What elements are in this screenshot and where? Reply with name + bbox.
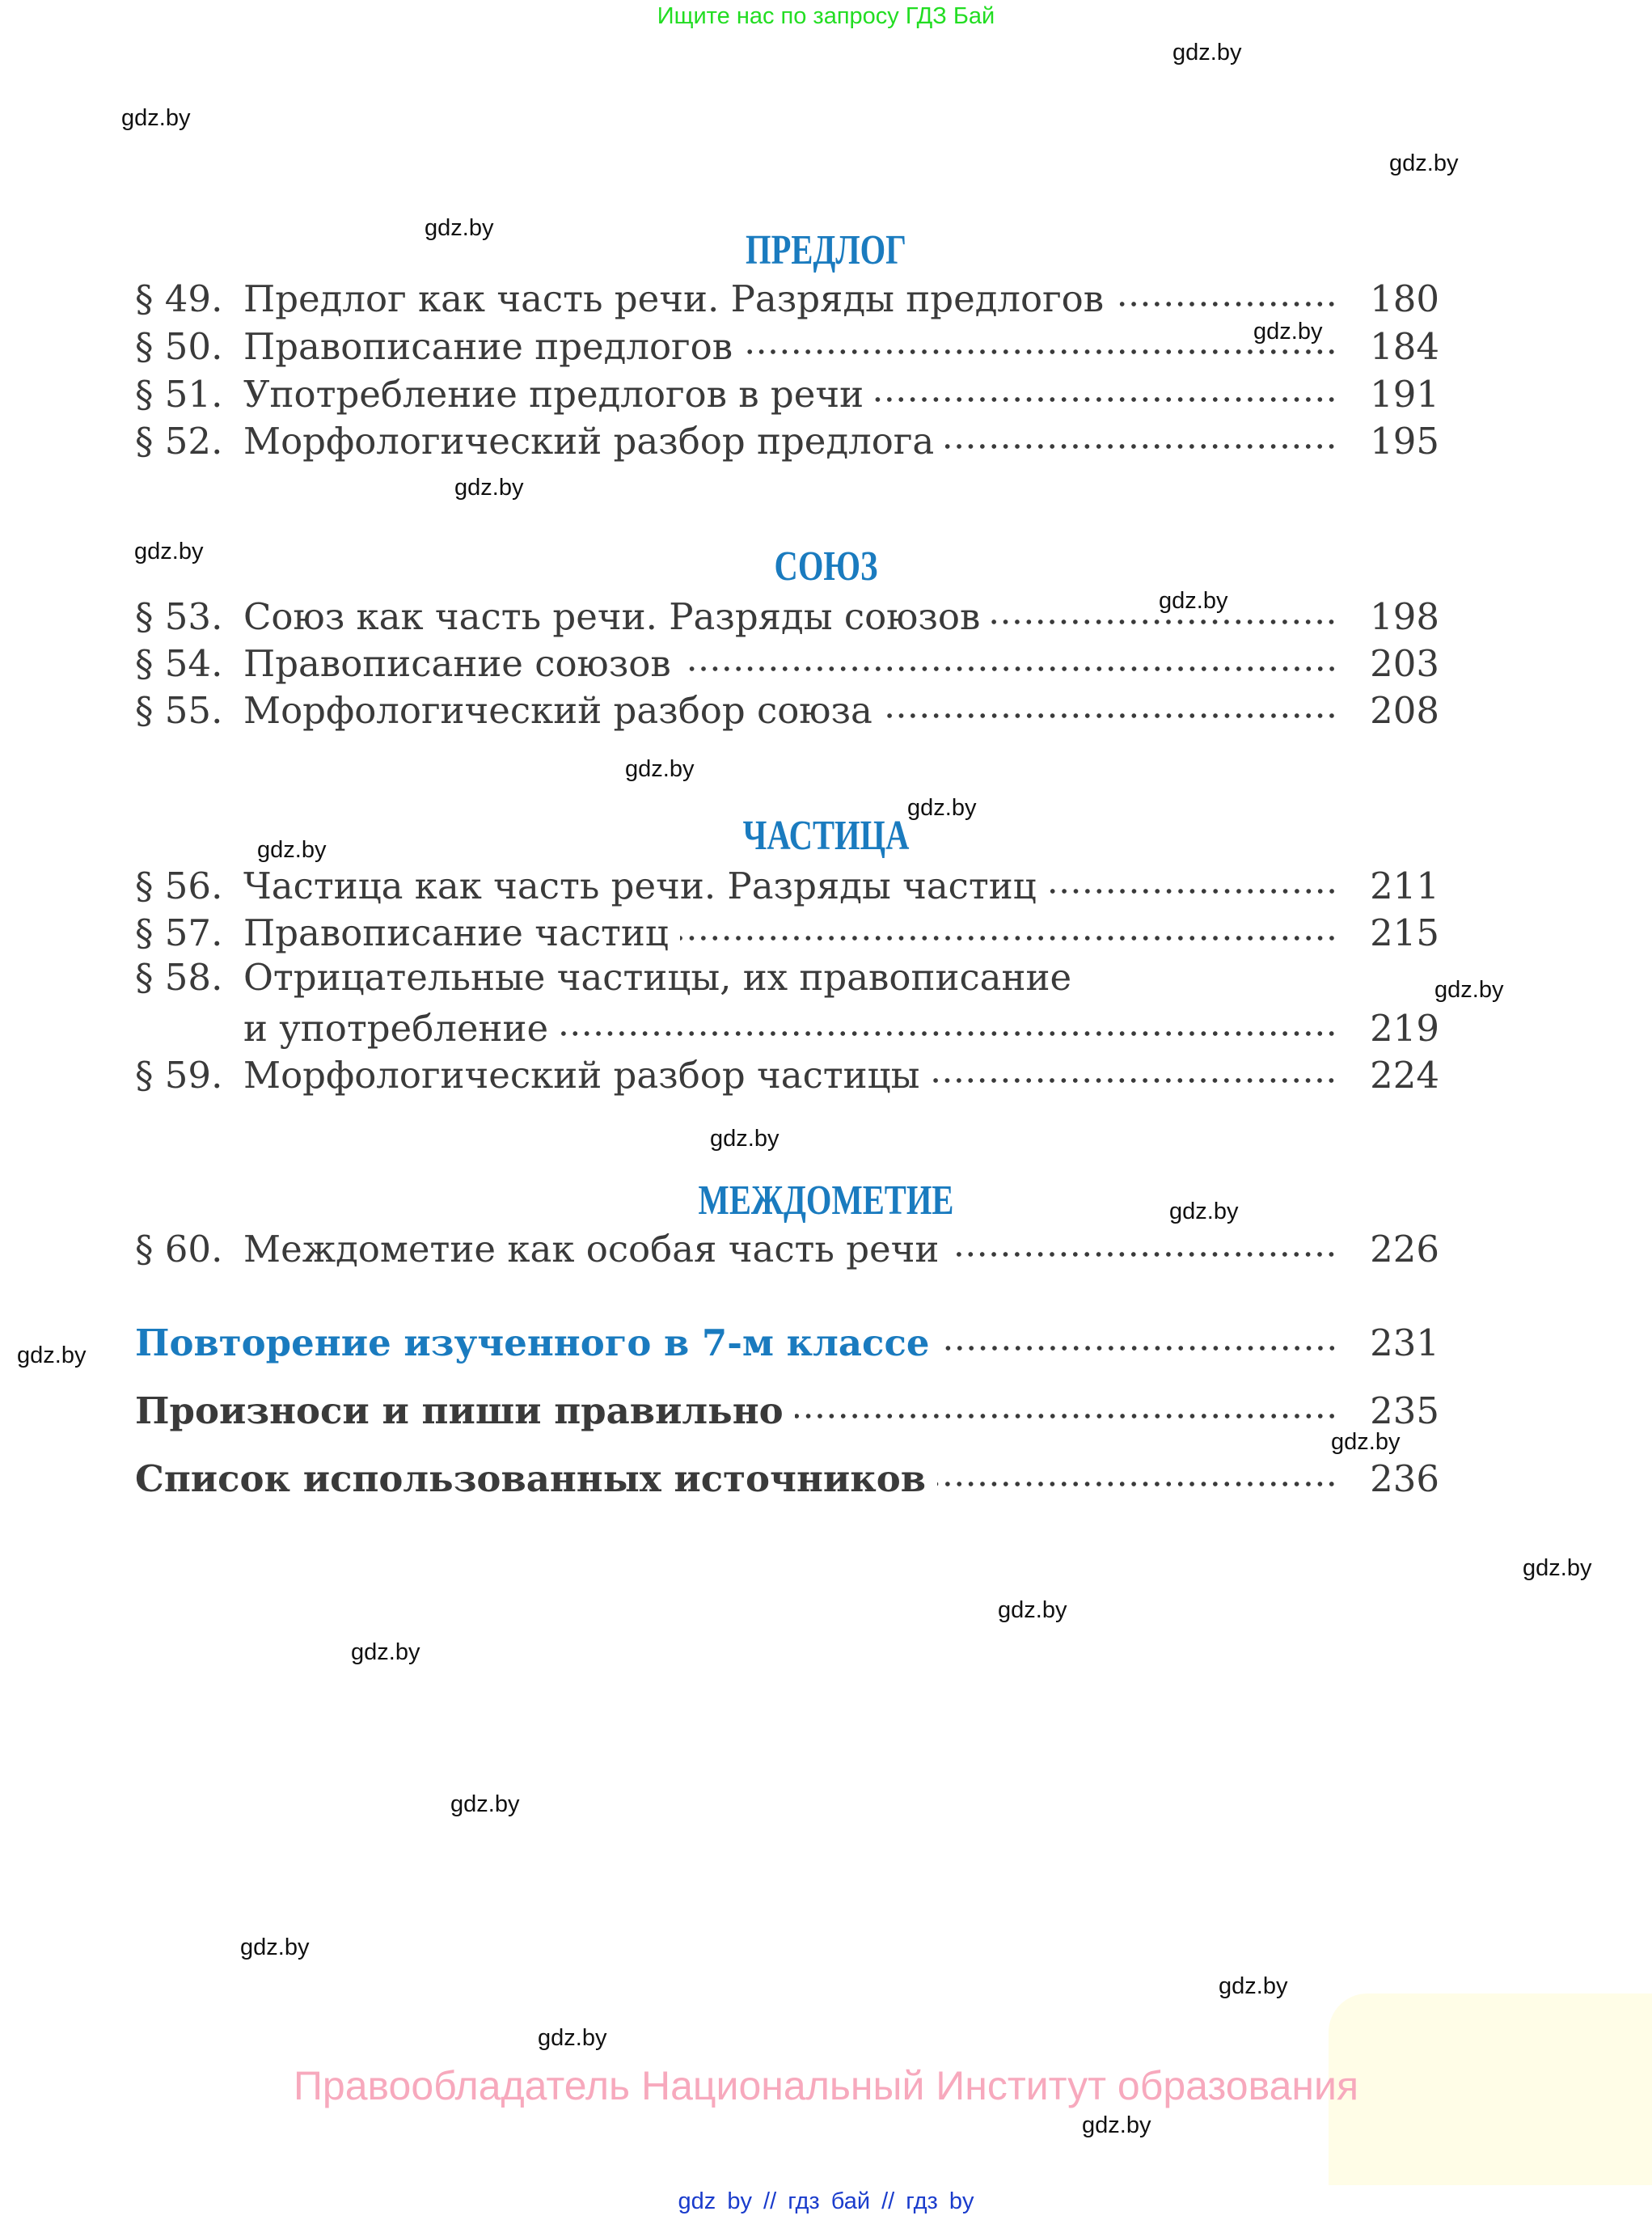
page-number: 208: [1354, 689, 1439, 732]
page-number: 184: [1354, 325, 1439, 368]
watermark: gdz.by: [998, 1597, 1067, 1624]
section-number: § 56.: [135, 865, 243, 907]
page-number: 211: [1354, 865, 1439, 907]
page-number: 180: [1354, 277, 1439, 320]
toc-entry[interactable]: § 56. Частица как часть речи. Разряды ча…: [135, 862, 1439, 909]
toc-entry-continuation[interactable]: и употребление 219: [135, 1004, 1439, 1051]
watermark: gdz.by: [1172, 40, 1241, 66]
dot-leader: [560, 1004, 1337, 1041]
watermark: gdz.by: [1253, 319, 1322, 345]
section-heading-conjunction: СОЮЗ: [182, 543, 1471, 590]
page-number: 231: [1354, 1321, 1439, 1364]
watermark: gdz.by: [351, 1639, 420, 1666]
watermark: gdz.by: [538, 2025, 606, 2052]
dot-leader: [950, 1225, 1337, 1262]
section-number: § 50.: [135, 325, 243, 368]
entry-title: Морфологический разбор частицы: [243, 1054, 931, 1097]
dot-leader: [931, 1051, 1337, 1088]
bottom-links: gdz by // гдз бай // гдз by: [0, 2188, 1652, 2215]
link-gdz-by[interactable]: gdz by: [678, 2188, 752, 2214]
entry-title: Морфологический разбор союза: [243, 689, 884, 732]
watermark: gdz.by: [907, 795, 976, 822]
page-number: 191: [1354, 373, 1439, 416]
entry-title: Произноси и пиши правильно: [135, 1389, 795, 1432]
page-number: 224: [1354, 1054, 1439, 1097]
rights-holder-notice: Правообладатель Национальный Институт об…: [0, 2062, 1652, 2109]
entry-title: Употребление предлогов в речи: [243, 373, 875, 416]
toc-entry[interactable]: § 59. Морфологический разбор частицы 224: [135, 1051, 1439, 1098]
page-number: 203: [1354, 642, 1439, 685]
watermark: gdz.by: [1389, 150, 1458, 177]
page-number: 198: [1354, 595, 1439, 638]
toc-entry[interactable]: § 51. Употребление предлогов в речи 191: [135, 370, 1439, 417]
toc-entry[interactable]: § 57. Правописание частиц 215: [135, 909, 1439, 956]
section-number: § 59.: [135, 1054, 243, 1097]
toc-entry-pronunciation[interactable]: Произноси и пиши правильно 235: [135, 1387, 1439, 1434]
toc-entry-review[interactable]: Повторение изученного в 7-м классе 231: [135, 1319, 1439, 1366]
toc-entry[interactable]: § 55. Морфологический разбор союза 208: [135, 687, 1439, 734]
entry-title: Частица как часть речи. Разряды частиц: [243, 865, 1048, 907]
link-separator: //: [881, 2188, 894, 2214]
dot-leader: [945, 417, 1337, 454]
entry-title: Междометие как особая часть речи: [243, 1228, 950, 1271]
toc-entry[interactable]: § 52. Морфологический разбор предлога 19…: [135, 417, 1439, 464]
entry-title: Отрицательные частицы, их правописание: [243, 956, 1083, 999]
watermark: gdz.by: [1523, 1555, 1591, 1582]
dot-leader: [941, 1319, 1338, 1355]
section-number: § 60.: [135, 1228, 243, 1271]
dot-leader: [884, 687, 1337, 723]
link-gdz-bai[interactable]: гдз бай: [788, 2188, 870, 2214]
section-number: § 49.: [135, 277, 243, 320]
watermark: gdz.by: [1169, 1199, 1238, 1225]
section-number: § 58.: [135, 956, 243, 999]
toc-entry[interactable]: § 53. Союз как часть речи. Разряды союзо…: [135, 593, 1439, 640]
watermark: gdz.by: [450, 1791, 519, 1818]
watermark: gdz.by: [121, 105, 190, 132]
section-heading-interjection: МЕЖДОМЕТИЕ: [182, 1177, 1471, 1224]
watermark: gdz.by: [454, 475, 523, 501]
link-separator: //: [763, 2188, 776, 2214]
section-number: § 55.: [135, 689, 243, 732]
watermark: gdz.by: [1082, 2112, 1151, 2139]
section-number: § 54.: [135, 642, 243, 685]
dot-leader: [1115, 275, 1337, 311]
entry-title: Повторение изученного в 7-м классе: [135, 1321, 941, 1364]
toc-entry[interactable]: § 54. Правописание союзов 203: [135, 640, 1439, 687]
dot-leader: [1048, 862, 1337, 898]
dot-leader: [875, 370, 1337, 407]
section-heading-particle: ЧАСТИЦА: [182, 812, 1471, 860]
page-number: 236: [1354, 1457, 1439, 1500]
watermark: gdz.by: [1159, 588, 1227, 615]
entry-title-continuation: и употребление: [135, 1007, 560, 1050]
watermark: gdz.by: [1219, 1973, 1287, 2000]
watermark: gdz.by: [240, 1934, 309, 1961]
toc-entry-multiline[interactable]: § 58. Отрицательные частицы, их правопис…: [135, 956, 1439, 1003]
entry-title: Список использованных источников: [135, 1457, 937, 1500]
search-hint-banner: Ищите нас по запросу ГДЗ Бай: [0, 3, 1652, 30]
page-number: 226: [1354, 1228, 1439, 1271]
entry-title: Предлог как часть речи. Разряды предлого…: [243, 277, 1115, 320]
link-gdz-by-cyr[interactable]: гдз by: [906, 2188, 974, 2214]
toc-entry-references[interactable]: Список использованных источников 236: [135, 1455, 1439, 1502]
section-number: § 51.: [135, 373, 243, 416]
page-number: 219: [1354, 1007, 1439, 1050]
section-number: § 57.: [135, 911, 243, 954]
entry-title: Правописание частиц: [243, 911, 680, 954]
toc-entry[interactable]: § 49. Предлог как часть речи. Разряды пр…: [135, 275, 1439, 322]
dot-leader: [795, 1387, 1337, 1423]
entry-title: Морфологический разбор предлога: [243, 420, 945, 463]
page-number: 215: [1354, 911, 1439, 954]
section-number: § 52.: [135, 420, 243, 463]
dot-leader: [682, 640, 1337, 676]
dot-leader: [680, 909, 1337, 945]
watermark: gdz.by: [257, 837, 326, 864]
entry-title: Правописание предлогов: [243, 325, 744, 368]
dot-leader: [937, 1455, 1337, 1491]
toc-entry[interactable]: § 50. Правописание предлогов 184: [135, 323, 1439, 370]
entry-title: Правописание союзов: [243, 642, 682, 685]
section-number: § 53.: [135, 595, 243, 638]
toc-entry[interactable]: § 60. Междометие как особая часть речи 2…: [135, 1225, 1439, 1272]
watermark: gdz.by: [425, 215, 493, 242]
watermark: gdz.by: [1434, 977, 1503, 1004]
section-heading-preposition: ПРЕДЛОГ: [182, 226, 1471, 274]
watermark: gdz.by: [134, 539, 203, 565]
watermark: gdz.by: [625, 756, 694, 783]
entry-title: Союз как часть речи. Разряды союзов: [243, 595, 991, 638]
watermark: gdz.by: [710, 1126, 779, 1152]
page-number: 235: [1354, 1389, 1439, 1432]
page-number: 195: [1354, 420, 1439, 463]
watermark: gdz.by: [1331, 1429, 1400, 1456]
dot-leader: [744, 323, 1337, 359]
watermark: gdz.by: [17, 1342, 86, 1369]
